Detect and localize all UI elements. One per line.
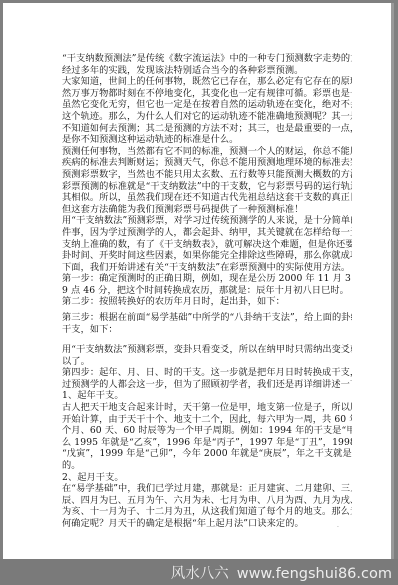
text-line: 干支，如下： [62,324,352,336]
text-line: 然万事万物都时刻在不停地变化，其变化也一定有规律可循。彩票也是一样， [62,88,352,100]
text-line: 彩票预测的标准就是“干支纳数法”中的干支数，它与彩票号码的运行轨迹极 [62,181,352,193]
text-line: 1、起年干支。 [62,390,352,402]
document-page: “干支纳数预测法”是传统《数字流运法》中的一种专门预测数字走势的方法。 经过多年… [3,3,394,559]
text-line: 这个轨迹。那么，为什么人们对它的运动轨迹不能准确地预测呢？其一是根本 [62,111,352,123]
text-line: 为亥、十一月为子、十二月为丑，从这我们知道了每个月的地支。那么天干如 [62,506,352,518]
text-line: 其相似。所以，虽然我们现在还不知道古代先祖总结这套干支数的真正目的， [62,192,352,204]
text-line: 么 1995 年就是“乙亥”，1996 年是“丙子”，1997 年是“丁丑”，1… [62,437,352,449]
page-number-mark: · [337,524,339,531]
text-line: 开始计算，由于天干十个、地支十二个，因此，每六甲为一周，共 60 年或 60 [62,414,352,426]
watermark-text: 风水八六www.fengshui86.com [171,562,392,583]
text-line: 件事，因为学过预测学的人，都会起卦、纳甲，其关键就在怎样给每一爻的干 [62,227,352,239]
text-line: 大家知道，世间上的任何事物，既然它已存在，那么必定有它存在的原理。虽 [62,76,352,88]
site-url: www.fengshui86.com [237,566,392,582]
text-line: 9 点 46 分，把这个时间转换成农历，那就是：辰年十月初八日巳时。 [62,285,352,297]
text-line: 在“易学基础”中，我们已学过月建，那就是：正月建寅、二月建卯、三月为 [62,483,352,495]
text-line: “戊寅”，1999 年是“己卯”，今年 2000 年就是“庚辰”，年之干支就是这… [62,448,352,460]
text-line: 古人把天干地支合起来计时，天干第一位是甲，地支第一位是子，所以用甲子 [62,402,352,414]
text-line: 预测彩票数字，当然也不能只用太玄数、五行数等只能预测大概数的方法预测。 [62,169,352,181]
text-line: 下面，我们开始讲述有关“干支纳数法”在彩票预测中的实际使用方法。 [62,262,352,274]
text-line: 的。 [62,460,352,472]
text-line: 不知道如何去预测；其二是预测的方法不对；其三，也是最重要的一点，那就 [62,123,352,135]
text-line: 以了。 [62,356,352,368]
text-line: 第一步：确定预测时的正确日期，例如，现在是公历 2000 年 11 月 3 日，… [62,273,352,285]
text-line: 支纳上准确的数，有了《干支纳数表》，就可解决这个难题，但是你还要注意起 [62,239,352,251]
text-line: 个月、60 天、60 时辰等为一个甲子周期。例如：1994 年的干支是“甲戌”，… [62,425,352,437]
text-line: 第二步：按照转换好的农历年月日时，起出卦，如下： [62,296,352,308]
watermark-footer: 风水八六www.fengshui86.com [0,559,398,585]
text-line: 过预测学的人都会这一步，但为了照顾初学者，我们还是再详细讲述一下。 [62,379,352,391]
text-line: 经过多年的实践，发现该法特别适合当今的各种彩票预测。 [62,65,352,77]
text-line: 是你不知预测这种运动轨迹的标准是什么。 [62,134,352,146]
text-line: 用“干支纳数法”预测彩票，对学习过传统预测学的人来说，是十分简单的一 [62,215,352,227]
text-line: 疾病的标准去判断财运；预测天气，你总不能用预测地理环境的标准去判断； [62,157,352,169]
text-line: 第四步：起年、月、日、时的干支。这一步就是把年月日时转换成干支，凡学 [62,367,352,379]
text-line: 但这套方法确能为我们预测彩票号码提供了一种预测标准！ [62,204,352,216]
text-line: “干支纳数预测法”是传统《数字流运法》中的一种专门预测数字走势的方法。 [62,53,352,65]
text-line: 何确定呢？月天干的确定是根据“年上起月法”口诀来定的。 [62,518,352,530]
site-name: 风水八六 [171,566,229,582]
text-line: 用“干支纳数法”预测彩票，变卦只看变爻，所以在纳甲时只需纳出变爻就可 [62,344,352,356]
text-line: 辰、四月为巳、五月为午、六月为未、七月为申、八月为酉、九月为戌、十月 [62,495,352,507]
text-block-intro: “干支纳数预测法”是传统《数字流运法》中的一种专门预测数字走势的方法。 经过多年… [62,53,352,308]
text-line: 2、起月干支。 [62,472,352,484]
text-line: 虽然它变化无穷，但它也一定是在按着自然的运动轨迹在变化，绝对不会逾越 [62,99,352,111]
text-line: 卦时间、开奖时间这些因素，如果你能完全排除这些障碍，那么你就成功了。 [62,250,352,262]
text-line: 第三步：根据在前面“易学基础”中所学的“八卦纳干支法”，给上面的卦纳上 [62,312,352,324]
text-block-step-four: 用“干支纳数法”预测彩票，变卦只看变爻，所以在纳甲时只需纳出变爻就可 以了。 第… [62,344,352,530]
text-line: 预测任何事物，当然都有它不同的标准，预测一个人的财运，你总不能用预测 [62,146,352,158]
text-block-step-three: 第三步：根据在前面“易学基础”中所学的“八卦纳干支法”，给上面的卦纳上 干支，如… [62,312,352,335]
